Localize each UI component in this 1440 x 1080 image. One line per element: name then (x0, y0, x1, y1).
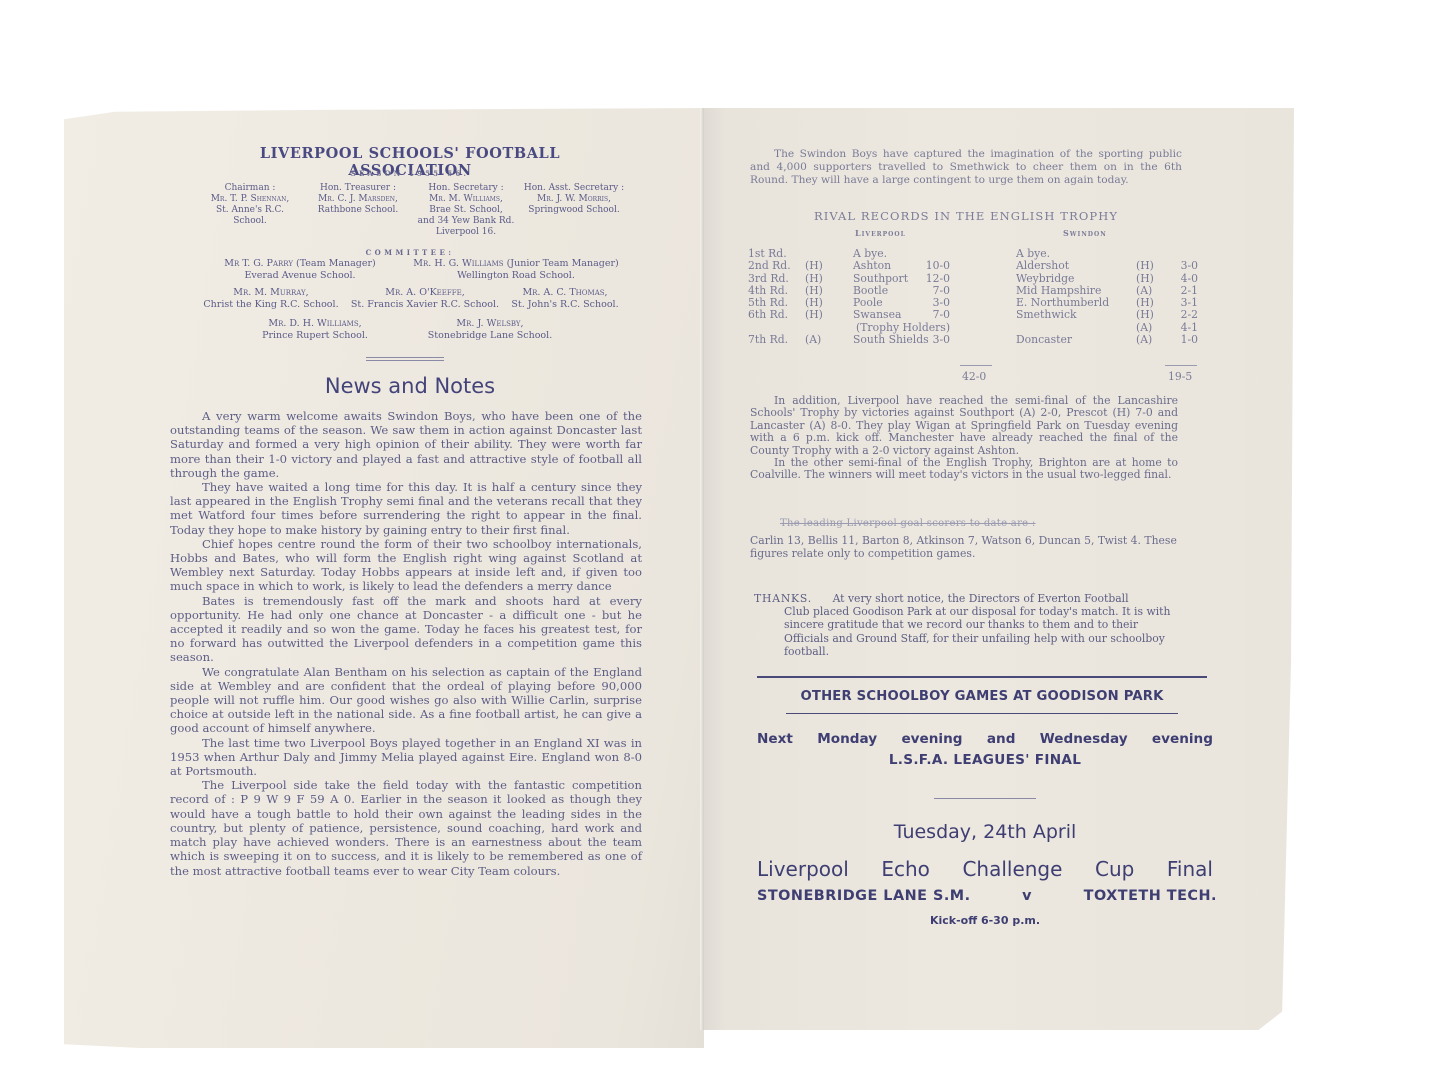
committee-member: Mr. A. O'Keeffe, St. Francis Xavier R.C.… (345, 287, 505, 310)
committee-member: Mr. M. Murray, Christ the King R.C. Scho… (196, 287, 346, 310)
news-body: A very warm welcome awaits Swindon Boys,… (170, 409, 642, 878)
page-fold (700, 108, 704, 1030)
liverpool-opponent: Swansea (853, 309, 901, 321)
officer-role: Chairman : (196, 183, 304, 194)
liverpool-opponent: South Shields (853, 334, 929, 346)
thanks-note: THANKS. At very short notice, the Direct… (754, 592, 1184, 658)
officer-name: Mr. T. P. Shennan, (196, 194, 304, 205)
thanks-label: THANKS. (754, 592, 812, 605)
news-paragraph: The Liverpool side take the field today … (170, 778, 642, 877)
officer-detail: Springwood School. (520, 205, 628, 216)
officer-name: Mr. M. Williams, (412, 194, 520, 205)
officer: Chairman :Mr. T. P. Shennan,St. Anne's R… (196, 183, 304, 238)
round: 6th Rd. (748, 309, 788, 321)
officer-name: Mr. J. W. Morris, (520, 194, 628, 205)
news-paragraph: Bates is tremendously fast off the mark … (170, 594, 642, 665)
title-underline (786, 713, 1178, 714)
leagues-final: L.S.F.A. LEAGUES' FINAL (757, 752, 1213, 768)
season-label: SEASON 1955-56. (200, 169, 620, 178)
records-table: 1st Rd.A bye.A bye.2nd Rd.(H)Ashton10-0A… (748, 248, 1198, 346)
divider (934, 798, 1036, 799)
swindon-intro: The Swindon Boys have captured the imagi… (750, 148, 1182, 187)
record-row: 2nd Rd.(H)Ashton10-0Aldershot(H)3-0 (748, 260, 1198, 272)
cup-title-word: Liverpool (757, 857, 849, 881)
news-title: News and Notes (200, 374, 620, 398)
officer: Hon. Secretary :Mr. M. Williams,Brae St.… (412, 183, 520, 238)
liverpool-score: 3-0 (933, 334, 950, 346)
next-games-word: Next (757, 731, 793, 747)
cup-title-word: Cup (1095, 857, 1134, 881)
liverpool-heading: Liverpool (855, 228, 906, 238)
swindon-ha: (H) (1136, 309, 1154, 321)
divider (366, 360, 444, 361)
next-games-word: and (987, 731, 1016, 747)
committee-member: Mr. D. H. Williams, Prince Rupert School… (255, 318, 375, 341)
total-rule (1165, 365, 1197, 366)
scorers-heading: The leading Liverpool goal scorers to da… (780, 518, 1080, 529)
committee-label: COMMITTEE: (200, 248, 620, 257)
section-divider (757, 676, 1207, 678)
swindon-score: 3-0 (1181, 260, 1198, 272)
committee-member: Mr T. G. Parry (Team Manager) Everad Ave… (200, 258, 400, 281)
match-date: Tuesday, 24th April (757, 821, 1213, 843)
additional-notes: In addition, Liverpool have reached the … (750, 395, 1178, 482)
record-row: 7th Rd.(A)South Shields3-0Doncaster(A)1-… (748, 334, 1198, 346)
news-paragraph: We congratulate Alan Bentham on his sele… (170, 665, 642, 736)
versus: v (1022, 888, 1032, 904)
officer-role: Hon. Secretary : (412, 183, 520, 194)
cup-title-word: Final (1167, 857, 1213, 881)
news-paragraph: A very warm welcome awaits Swindon Boys,… (170, 409, 642, 480)
ha: (A) (805, 334, 821, 346)
liverpool-total: 42-0 (962, 370, 986, 383)
officers-list: Chairman :Mr. T. P. Shennan,St. Anne's R… (196, 183, 628, 238)
next-games-word: Wednesday (1040, 731, 1128, 747)
officer-role: Hon. Treasurer : (304, 183, 412, 194)
round: 2nd Rd. (748, 260, 791, 272)
officer-detail: Brae St. School, (412, 205, 520, 216)
committee-member: Mr. J. Welsby, Stonebridge Lane School. (420, 318, 560, 341)
swindon-ha: (A) (1136, 334, 1152, 346)
news-paragraph: The last time two Liverpool Boys played … (170, 736, 642, 779)
next-games-word: Monday (817, 731, 877, 747)
rival-records-title: RIVAL RECORDS IN THE ENGLISH TROPHY (750, 209, 1182, 223)
ha: (H) (805, 309, 823, 321)
cup-title-word: Challenge (962, 857, 1062, 881)
next-games-word: evening (1152, 731, 1213, 747)
swindon-ha: (H) (1136, 260, 1154, 272)
swindon-total: 19-5 (1168, 370, 1192, 383)
swindon-score: 2-2 (1181, 309, 1198, 321)
fixture-teams: STONEBRIDGE LANE S.M. v TOXTETH TECH. (757, 888, 1217, 904)
officer-detail: Rathbone School. (304, 205, 412, 216)
swindon-opponent: Aldershot (1016, 260, 1069, 272)
news-paragraph: Chief hopes centre round the form of the… (170, 537, 642, 594)
record-row: 6th Rd.(H)Swansea7-0Smethwick(H)2-2 (748, 309, 1198, 321)
news-paragraph: They have waited a long time for this da… (170, 480, 642, 537)
divider (366, 357, 444, 358)
total-rule (960, 365, 992, 366)
officer-detail: Liverpool 16. (412, 227, 520, 238)
swindon-opponent: Doncaster (1016, 334, 1072, 346)
swindon-heading: Swindon (1063, 228, 1107, 238)
ha: (H) (805, 260, 823, 272)
scorers-list: Carlin 13, Bellis 11, Barton 8, Atkinson… (750, 535, 1180, 560)
committee-member: Mr. H. G. Williams (Junior Team Manager)… (405, 258, 627, 281)
kickoff-time: Kick-off 6-30 p.m. (757, 914, 1213, 927)
officer: Hon. Treasurer :Mr. C. J. Marsden,Rathbo… (304, 183, 412, 238)
next-games-line: NextMondayeveningandWednesdayevening (757, 731, 1213, 747)
home-team: STONEBRIDGE LANE S.M. (757, 888, 971, 904)
liverpool-score: 10-0 (926, 260, 950, 272)
liverpool-score: 7-0 (933, 309, 950, 321)
swindon-score: 1-0 (1181, 334, 1198, 346)
next-games-word: evening (901, 731, 962, 747)
officer-detail: and 34 Yew Bank Rd. (412, 216, 520, 227)
swindon-opponent: Smethwick (1016, 309, 1077, 321)
other-games-title: OTHER SCHOOLBOY GAMES AT GOODISON PARK (786, 689, 1178, 704)
committee-member: Mr. A. C. Thomas, St. John's R.C. School… (505, 287, 625, 310)
officer-name: Mr. C. J. Marsden, (304, 194, 412, 205)
officer-detail: St. Anne's R.C. (196, 205, 304, 216)
officer-detail: School. (196, 216, 304, 227)
cup-title-word: Echo (881, 857, 930, 881)
officer: Hon. Asst. Secretary :Mr. J. W. Morris,S… (520, 183, 628, 238)
officer-role: Hon. Asst. Secretary : (520, 183, 628, 194)
cup-final-title: LiverpoolEchoChallengeCupFinal (757, 857, 1213, 881)
round: 7th Rd. (748, 334, 788, 346)
liverpool-opponent: Ashton (853, 260, 891, 272)
away-team: TOXTETH TECH. (1084, 888, 1217, 904)
